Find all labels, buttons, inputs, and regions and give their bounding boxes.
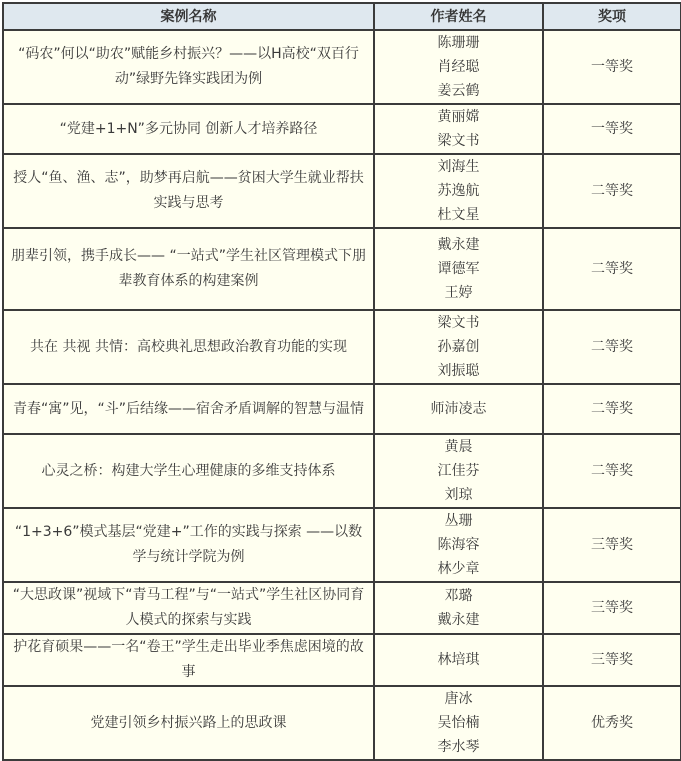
author-name: 陈海容 xyxy=(381,533,536,557)
award-level: 三等奖 xyxy=(591,537,633,553)
table-row: “党建+1+N”多元协同 创新人才培养路径黄丽嫦梁文书一等奖 xyxy=(3,104,681,154)
case-title-cell: 青春“寓”见，“斗”后结缘——宿舍矛盾调解的智慧与温情 xyxy=(3,384,374,434)
award-cell: 二等奖 xyxy=(543,434,681,508)
award-cell: 三等奖 xyxy=(543,582,681,634)
author-name: 林培琪 xyxy=(381,648,536,672)
award-level: 二等奖 xyxy=(591,401,633,417)
author-name: 师沛凌志 xyxy=(381,397,536,421)
case-title: “码农”何以“助农”赋能乡村振兴？——以H高校“双百行动”绿野先锋实践团为例 xyxy=(10,42,367,92)
authors-cell: 黄丽嫦梁文书 xyxy=(374,104,543,154)
author-name: 林少章 xyxy=(381,557,536,581)
author-name: 梁文书 xyxy=(381,129,536,153)
author-name: 黄丽嫦 xyxy=(381,105,536,129)
author-name: 戴永建 xyxy=(381,233,536,257)
award-cell: 一等奖 xyxy=(543,30,681,104)
award-level: 三等奖 xyxy=(591,600,633,616)
case-title: 护花育硕果——一名“卷王”学生走出毕业季焦虑困境的故事 xyxy=(10,635,367,685)
table-row: 朋辈引领，携手成长—— “一站式”学生社区管理模式下朋辈教育体系的构建案例戴永建… xyxy=(3,228,681,310)
author-name: 吴怡楠 xyxy=(381,711,536,735)
award-cell: 三等奖 xyxy=(543,634,681,686)
author-name: 刘海生 xyxy=(381,155,536,179)
table-header: 案例名称 作者姓名 奖项 xyxy=(3,3,681,30)
award-level: 优秀奖 xyxy=(591,715,633,731)
award-table: 案例名称 作者姓名 奖项 “码农”何以“助农”赋能乡村振兴？——以H高校“双百行… xyxy=(2,2,681,737)
table-row: 共在 共视 共情：高校典礼思想政治教育功能的实现梁文书孙嘉创刘振聪二等奖 xyxy=(3,310,681,384)
authors-cell: 刘海生苏逸航杜文星 xyxy=(374,154,543,228)
author-name: 陈珊珊 xyxy=(381,31,536,55)
case-title-cell: 党建引领乡村振兴路上的思政课 xyxy=(3,686,374,737)
table-row: 护花育硕果——一名“卷王”学生走出毕业季焦虑困境的故事林培琪三等奖 xyxy=(3,634,681,686)
author-name: 唐冰 xyxy=(381,687,536,711)
author-name: 孙嘉创 xyxy=(381,335,536,359)
author-name: 王婷 xyxy=(381,281,536,305)
authors-cell: 邓璐戴永建 xyxy=(374,582,543,634)
authors-cell: 林培琪 xyxy=(374,634,543,686)
author-name: 戴永建 xyxy=(381,608,536,632)
table-row: 青春“寓”见，“斗”后结缘——宿舍矛盾调解的智慧与温情师沛凌志二等奖 xyxy=(3,384,681,434)
table-row: 授人“鱼、渔、志”，助梦再启航——贫困大学生就业帮扶实践与思考刘海生苏逸航杜文星… xyxy=(3,154,681,228)
author-name: 刘振聪 xyxy=(381,359,536,383)
award-cell: 优秀奖 xyxy=(543,686,681,737)
authors-cell: 黄晨江佳芬刘琼 xyxy=(374,434,543,508)
table-row: “1+3+6”模式基层“党建+”工作的实践与探索 ——以数学与统计学院为例丛珊陈… xyxy=(3,508,681,582)
award-level: 一等奖 xyxy=(591,59,633,75)
award-cell: 二等奖 xyxy=(543,384,681,434)
award-level: 二等奖 xyxy=(591,183,633,199)
table-row: “码农”何以“助农”赋能乡村振兴？——以H高校“双百行动”绿野先锋实践团为例陈珊… xyxy=(3,30,681,104)
header-author-names: 作者姓名 xyxy=(374,3,543,30)
award-cell: 三等奖 xyxy=(543,508,681,582)
table-row: “大思政课”视域下“青马工程”与“一站式”学生社区协同育人模式的探索与实践邓璐戴… xyxy=(3,582,681,634)
authors-cell: 师沛凌志 xyxy=(374,384,543,434)
header-award: 奖项 xyxy=(543,3,681,30)
header-case-name: 案例名称 xyxy=(3,3,374,30)
case-title-cell: 授人“鱼、渔、志”，助梦再启航——贫困大学生就业帮扶实践与思考 xyxy=(3,154,374,228)
authors-cell: 陈珊珊肖经聪姜云鹤 xyxy=(374,30,543,104)
header-row: 案例名称 作者姓名 奖项 xyxy=(3,3,681,30)
authors-cell: 梁文书孙嘉创刘振聪 xyxy=(374,310,543,384)
case-title: 共在 共视 共情：高校典礼思想政治教育功能的实现 xyxy=(10,335,367,360)
author-name: 杜文星 xyxy=(381,203,536,227)
author-name: 苏逸航 xyxy=(381,179,536,203)
case-title-cell: 朋辈引领，携手成长—— “一站式”学生社区管理模式下朋辈教育体系的构建案例 xyxy=(3,228,374,310)
award-level: 二等奖 xyxy=(591,261,633,277)
author-name: 丛珊 xyxy=(381,509,536,533)
authors-cell: 唐冰吴怡楠李水琴 xyxy=(374,686,543,737)
author-name: 黄晨 xyxy=(381,435,536,459)
author-name: 姜云鹤 xyxy=(381,79,536,103)
award-cell: 二等奖 xyxy=(543,310,681,384)
authors-cell: 戴永建谭德军王婷 xyxy=(374,228,543,310)
author-name: 谭德军 xyxy=(381,257,536,281)
case-title: “1+3+6”模式基层“党建+”工作的实践与探索 ——以数学与统计学院为例 xyxy=(10,520,367,570)
table-row: 心灵之桥：构建大学生心理健康的多维支持体系黄晨江佳芬刘琼二等奖 xyxy=(3,434,681,508)
table-row: 党建引领乡村振兴路上的思政课唐冰吴怡楠李水琴优秀奖 xyxy=(3,686,681,737)
case-title: “大思政课”视域下“青马工程”与“一站式”学生社区协同育人模式的探索与实践 xyxy=(10,583,367,633)
case-title-cell: 共在 共视 共情：高校典礼思想政治教育功能的实现 xyxy=(3,310,374,384)
award-cell: 二等奖 xyxy=(543,154,681,228)
case-title: 青春“寓”见，“斗”后结缘——宿舍矛盾调解的智慧与温情 xyxy=(10,397,367,422)
author-name: 刘琼 xyxy=(381,483,536,507)
case-title: “党建+1+N”多元协同 创新人才培养路径 xyxy=(10,117,367,142)
case-title-cell: “党建+1+N”多元协同 创新人才培养路径 xyxy=(3,104,374,154)
award-level: 二等奖 xyxy=(591,463,633,479)
author-name: 江佳芬 xyxy=(381,459,536,483)
case-title-cell: “码农”何以“助农”赋能乡村振兴？——以H高校“双百行动”绿野先锋实践团为例 xyxy=(3,30,374,104)
case-title: 党建引领乡村振兴路上的思政课 xyxy=(10,711,367,736)
case-title-cell: “大思政课”视域下“青马工程”与“一站式”学生社区协同育人模式的探索与实践 xyxy=(3,582,374,634)
award-level: 一等奖 xyxy=(591,121,633,137)
award-cell: 一等奖 xyxy=(543,104,681,154)
case-title: 朋辈引领，携手成长—— “一站式”学生社区管理模式下朋辈教育体系的构建案例 xyxy=(10,244,367,294)
case-title-cell: 心灵之桥：构建大学生心理健康的多维支持体系 xyxy=(3,434,374,508)
case-title-cell: “1+3+6”模式基层“党建+”工作的实践与探索 ——以数学与统计学院为例 xyxy=(3,508,374,582)
award-cell: 二等奖 xyxy=(543,228,681,310)
author-name: 邓璐 xyxy=(381,584,536,608)
award-level: 二等奖 xyxy=(591,339,633,355)
case-title-cell: 护花育硕果——一名“卷王”学生走出毕业季焦虑困境的故事 xyxy=(3,634,374,686)
case-title: 授人“鱼、渔、志”，助梦再启航——贫困大学生就业帮扶实践与思考 xyxy=(10,166,367,216)
table-body: “码农”何以“助农”赋能乡村振兴？——以H高校“双百行动”绿野先锋实践团为例陈珊… xyxy=(3,30,681,737)
award-level: 三等奖 xyxy=(591,652,633,668)
case-title: 心灵之桥：构建大学生心理健康的多维支持体系 xyxy=(10,459,367,484)
author-name: 梁文书 xyxy=(381,311,536,335)
authors-cell: 丛珊陈海容林少章 xyxy=(374,508,543,582)
author-name: 肖经聪 xyxy=(381,55,536,79)
